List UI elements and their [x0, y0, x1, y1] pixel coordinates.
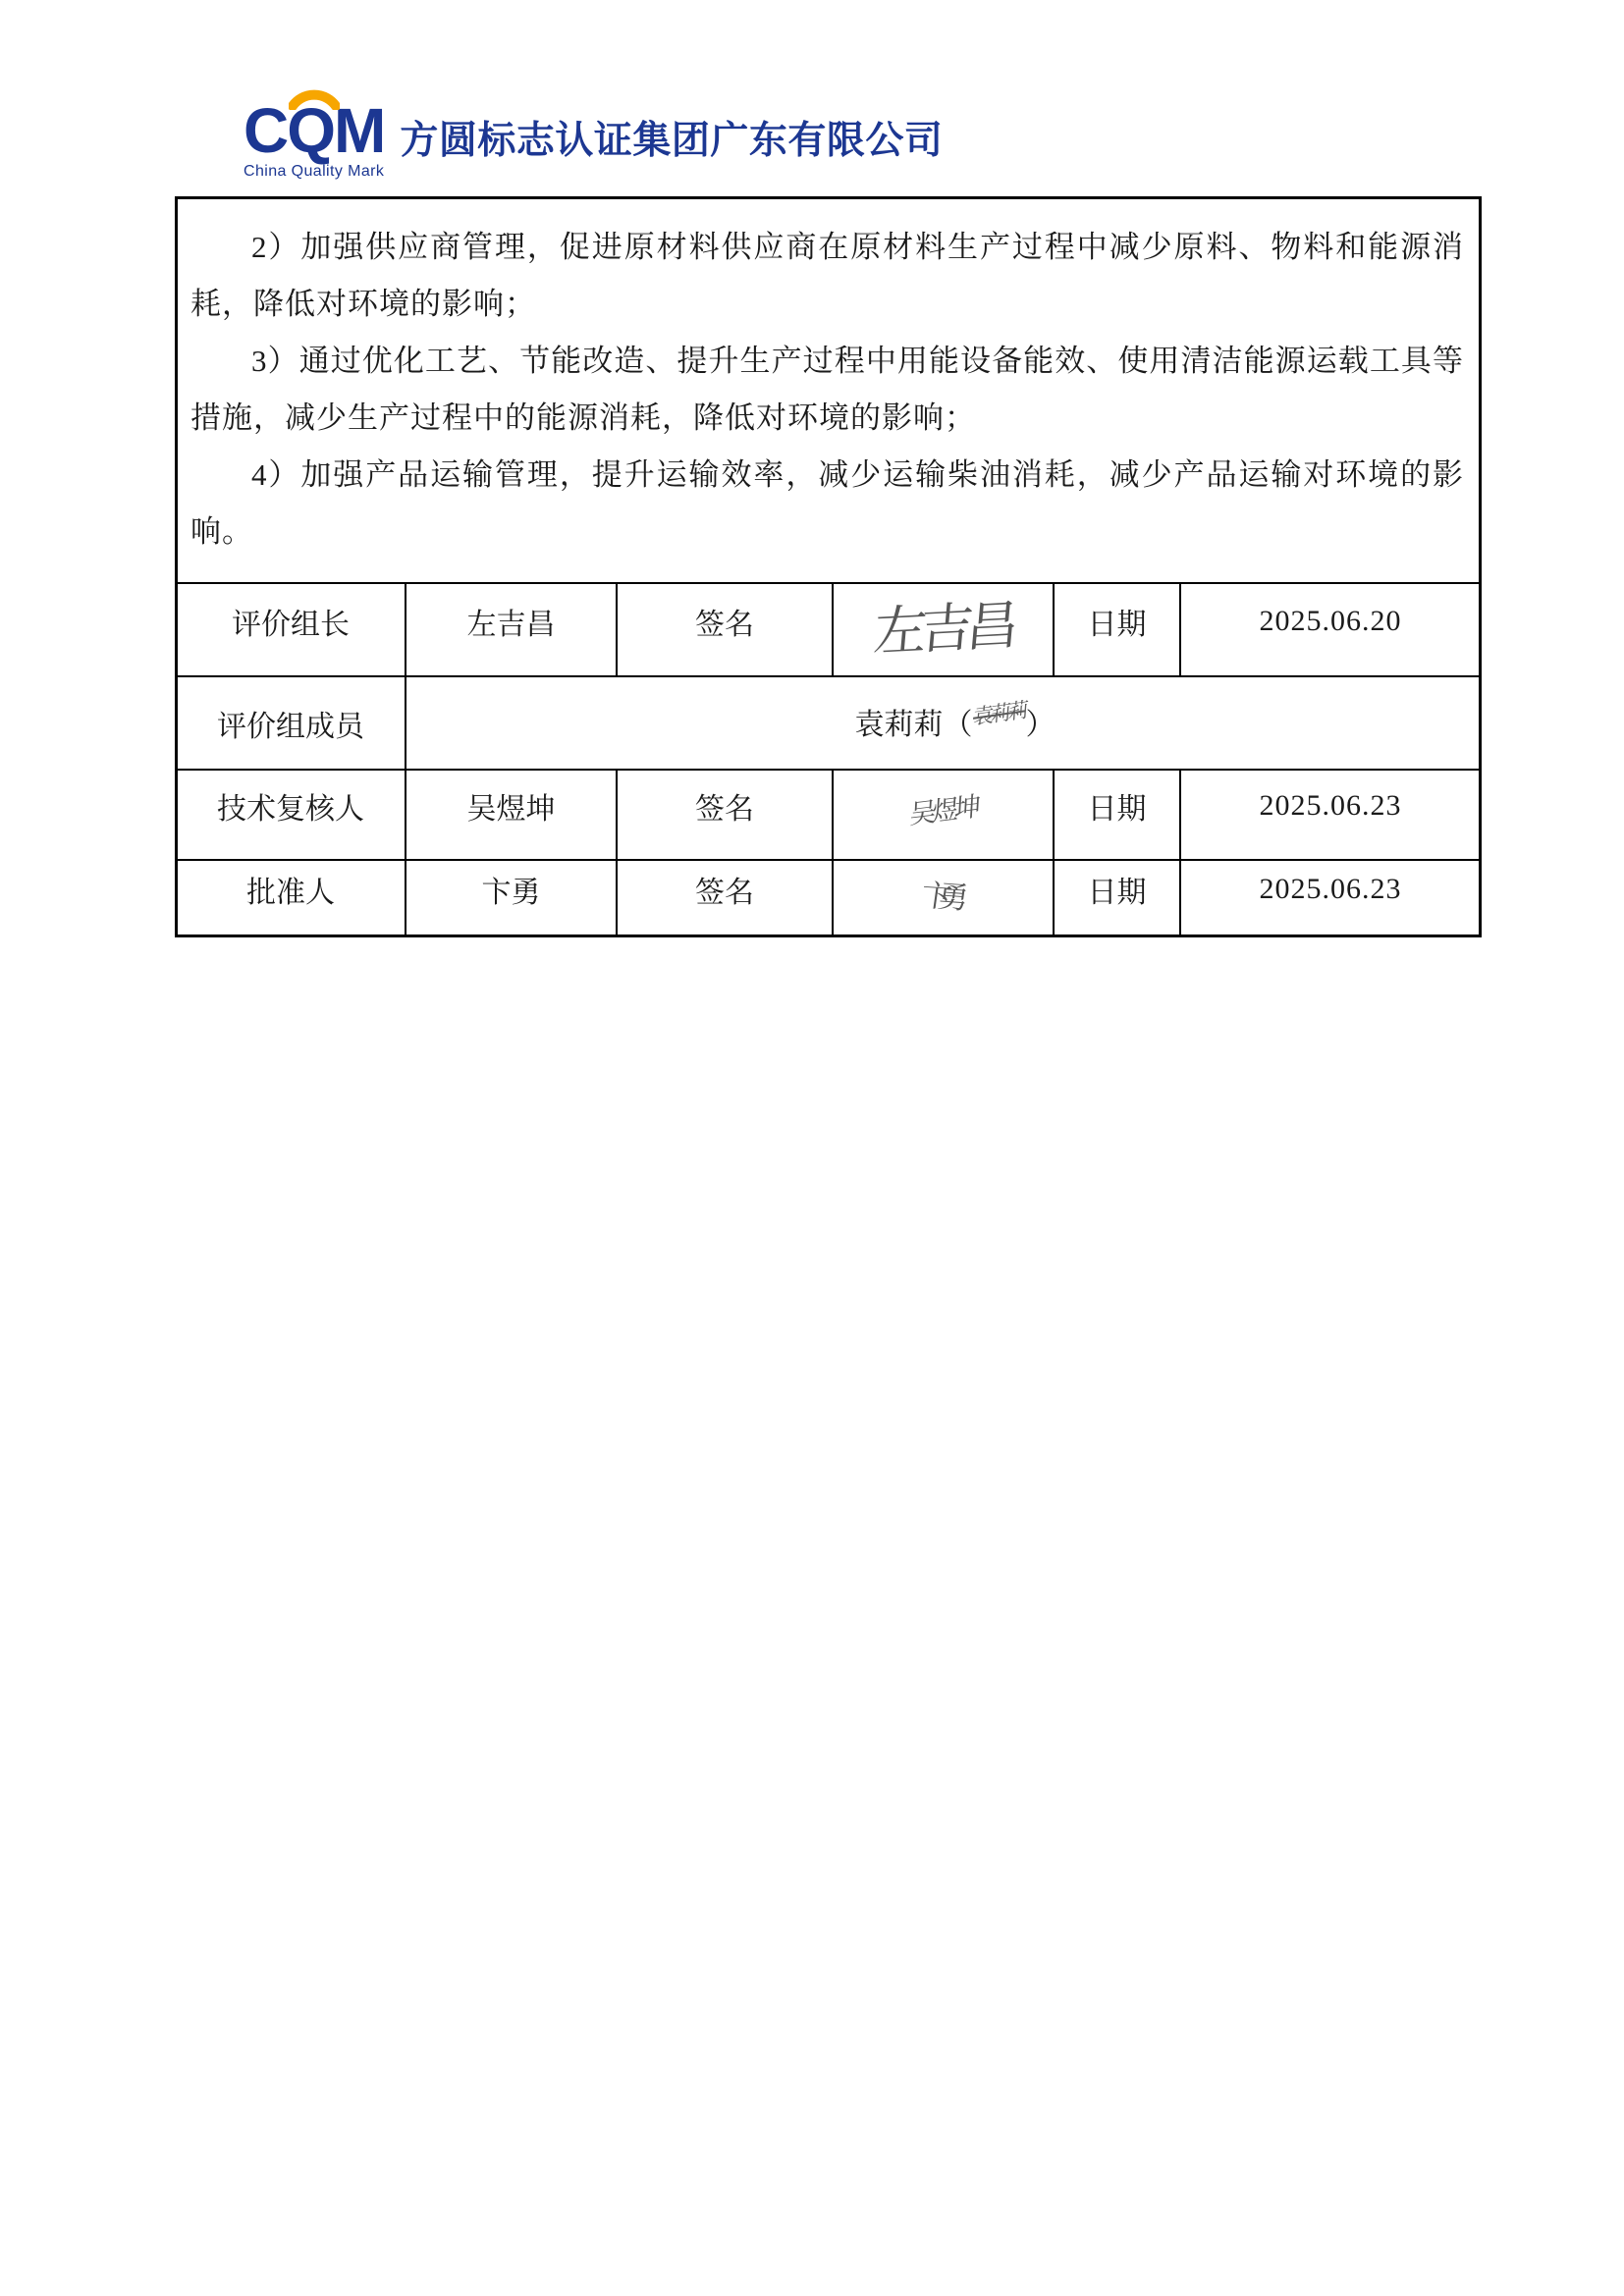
signature-handwriting: 左吉昌 [870, 583, 1015, 676]
company-logo: CQM China Quality Mark 方圆标志认证集团广东有限公司 [244, 86, 943, 181]
date-label-cell: 日期 [1054, 770, 1180, 860]
signature-handwriting: 卞勇 [917, 870, 970, 927]
signature-cell: 吴煜坤 [833, 770, 1054, 860]
content-box: 2）加强供应商管理，促进原材料供应商在原材料生产过程中减少原料、物料和能源消耗，… [175, 196, 1482, 937]
name-cell: 左吉昌 [406, 583, 617, 676]
member-name: 袁莉莉 [855, 709, 944, 741]
logo-tagline: China Quality Mark [244, 163, 384, 181]
name-cell: 卞勇 [406, 860, 617, 936]
logo-mark: CQM China Quality Mark [244, 86, 384, 181]
paren-open: （ [944, 709, 973, 741]
company-name: 方圆标志认证集团广东有限公司 [400, 110, 943, 165]
member-signature-handwriting: 袁莉莉 [972, 693, 1027, 730]
name-cell: 吴煜坤 [406, 770, 617, 860]
document-page: CQM China Quality Mark 方圆标志认证集团广东有限公司 2）… [0, 0, 1624, 2296]
sign-label-cell: 签名 [617, 583, 833, 676]
table-row-evaluation-leader: 评价组长 左吉昌 签名 左吉昌 日期 2025.06.20 [176, 583, 1481, 676]
table-row-technical-reviewer: 技术复核人 吴煜坤 签名 吴煜坤 日期 2025.06.23 [176, 770, 1481, 860]
signature-cell: 卞勇 [833, 860, 1054, 936]
table-row-approver: 批准人 卞勇 签名 卞勇 日期 2025.06.23 [176, 860, 1481, 936]
paragraph-item-4: 4）加强产品运输管理，提升运输效率，减少运输柴油消耗，减少产品运输对环境的影响。 [190, 447, 1464, 561]
signature-cell: 左吉昌 [833, 583, 1054, 676]
role-cell: 评价组成员 [176, 676, 406, 770]
body-paragraphs: 2）加强供应商管理，促进原材料供应商在原材料生产过程中减少原料、物料和能源消耗，… [178, 199, 1479, 582]
date-label-cell: 日期 [1054, 860, 1180, 936]
paragraph-item-3: 3）通过优化工艺、节能改造、提升生产过程中用能设备能效、使用清洁能源运载工具等措… [190, 333, 1464, 447]
table-row-evaluation-members: 评价组成员 袁莉莉（袁莉莉） [176, 676, 1481, 770]
role-cell: 批准人 [176, 860, 406, 936]
sign-label-cell: 签名 [617, 860, 833, 936]
paren-close: ） [1026, 709, 1056, 741]
signature-handwriting: 吴煜坤 [908, 784, 978, 845]
logo-arc-icon [289, 88, 340, 115]
date-cell: 2025.06.23 [1180, 860, 1481, 936]
role-cell: 技术复核人 [176, 770, 406, 860]
signature-table: 评价组长 左吉昌 签名 左吉昌 日期 2025.06.20 评价组成员 袁莉莉（… [175, 582, 1482, 937]
role-cell: 评价组长 [176, 583, 406, 676]
date-cell: 2025.06.23 [1180, 770, 1481, 860]
date-label-cell: 日期 [1054, 583, 1180, 676]
date-cell: 2025.06.20 [1180, 583, 1481, 676]
paragraph-item-2: 2）加强供应商管理，促进原材料供应商在原材料生产过程中减少原料、物料和能源消耗，… [190, 219, 1464, 333]
members-cell: 袁莉莉（袁莉莉） [406, 676, 1481, 770]
sign-label-cell: 签名 [617, 770, 833, 860]
